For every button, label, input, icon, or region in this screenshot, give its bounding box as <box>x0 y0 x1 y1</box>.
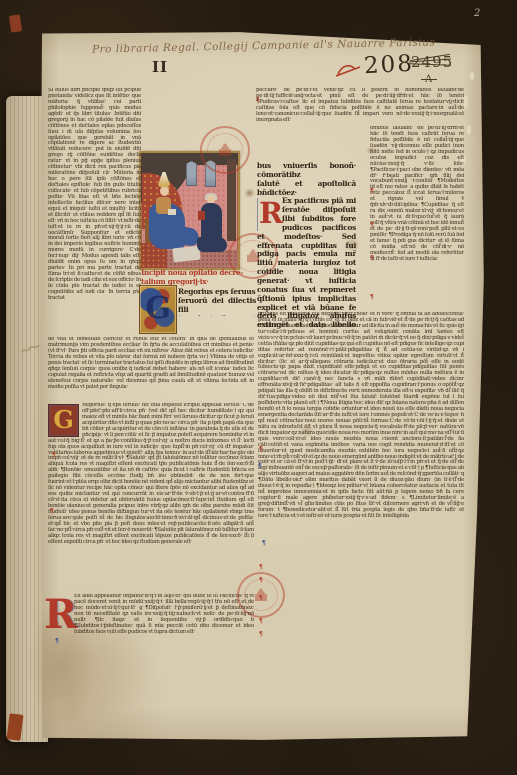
white-step <box>172 246 200 263</box>
red-book <box>198 211 205 220</box>
red-pilcrow-mark: ¶ <box>259 618 263 625</box>
red-pilcrow-mark: ¶ <box>370 255 374 262</box>
red-pilcrow-mark: ¶ <box>259 577 263 584</box>
red-pilcrow-mark: ¶ <box>259 595 263 602</box>
blue-pilcrow-mark: ¶ <box>55 638 59 645</box>
main-text-opening-lines: bus vniuerſis bonoñ· cōmorātibz ſalutē e… <box>257 162 356 197</box>
red-pilcrow-mark: ¶ <box>370 222 374 229</box>
cleric-robe-skirt <box>197 237 227 252</box>
blue-pilcrow-mark: ¶ <box>258 463 262 470</box>
gloss-left-wide-main: GRegorius· q̄ eps ſeruus· hic etiā impat… <box>48 403 254 593</box>
illuminated-initial-letter: G <box>145 291 171 326</box>
penwork-initial-r: R <box>257 198 280 231</box>
red-pilcrow-mark: ¶ <box>259 564 263 571</box>
red-paraph-mark <box>336 62 362 78</box>
binding-edge-top <box>9 14 22 32</box>
edge-wear-fleck <box>470 72 474 80</box>
red-pilcrow-mark: ¶ <box>256 97 260 104</box>
gloss-column-right-narrow: ominus ſaluabit̄· de pe·di·iij·dr̄m̄·et … <box>370 126 464 312</box>
shelf-number: 208 <box>363 51 414 80</box>
red-pilcrow-mark: ¶ <box>370 188 374 195</box>
corner-numeral: 2 <box>474 8 480 19</box>
red-pilcrow-mark: ¶ <box>55 622 59 629</box>
red-pilcrow-mark: ¶ <box>259 631 263 638</box>
pope-head <box>160 186 169 196</box>
main-text-column-a: Regorius eps ſeruus ſeruorū dei dilectis… <box>178 288 256 316</box>
gothic-window <box>186 161 197 186</box>
library-stamp <box>200 126 250 174</box>
blue-pilcrow-mark: ¶ <box>262 540 266 547</box>
main-text-column-b: bus vniuerſis bonoñ· cōmorātibz ſalutē e… <box>257 162 356 313</box>
quire-numeral: II <box>152 58 168 76</box>
gloss-left-bottom-text: Ex alibi appellanur impatoz·xi·q̄·i·in a… <box>74 594 254 635</box>
main-text-body: REx pacificus piā mi ſeratōe diſpoſuit ſ… <box>257 197 356 329</box>
gloss-left-wide-upper: de vita et honeſtate clericoz et rebus e… <box>48 337 254 403</box>
pope-robe-leg <box>170 225 200 247</box>
red-pilcrow-mark: ¶ <box>50 508 54 515</box>
strike-line <box>421 79 437 80</box>
gloss-left-bottom: REx alibi appellanur impatoz·xi·q̄·i·in … <box>44 594 254 648</box>
gloss-initial-g: G <box>48 404 79 437</box>
pope-book <box>168 209 176 215</box>
red-pilcrow-mark: ¶ <box>370 294 374 301</box>
gloss-column-left-narrow: SI huius libri pn̄cipio qn̄qz ſūt pcipue… <box>48 88 141 337</box>
edge-wear-fleck <box>467 125 471 135</box>
gloss-block-top-right: peccare· de pe·di·i·et venit·qz cū ſi po… <box>256 88 464 126</box>
gloss-right-wide: crudelis eſt qui famā ſuā negligit·xij·q… <box>258 312 464 648</box>
penwork-initial-r-large: R <box>44 594 71 638</box>
red-pilcrow-mark: ¶ <box>259 446 263 453</box>
red-pilcrow-mark: ¶ <box>52 452 56 459</box>
photo-background: Pro libraria Regal. Collegij Campanie al… <box>0 0 517 775</box>
illuminated-initial-g: G <box>139 285 177 334</box>
